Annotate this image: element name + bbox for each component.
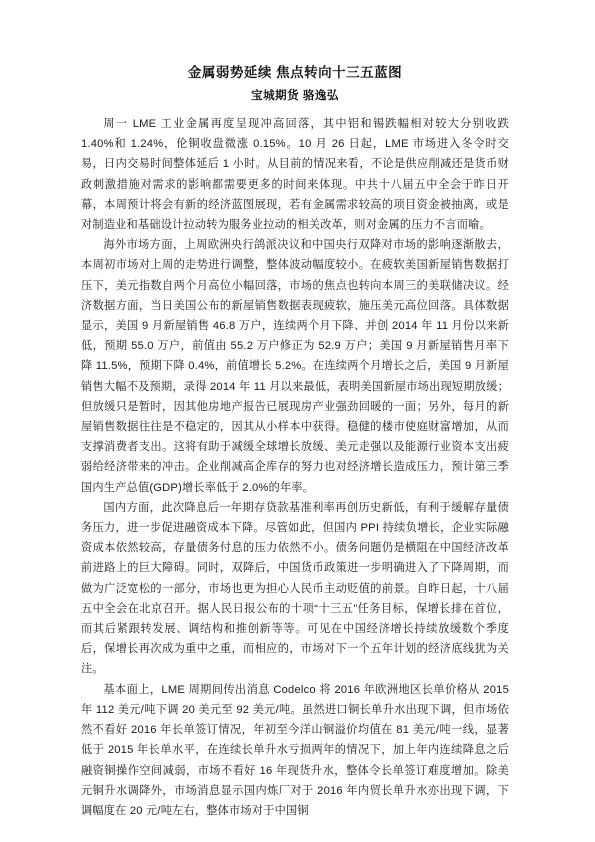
body-paragraph: 国内方面，此次降息后一年期存贷款基准利率再创历史新低，有利于缓解存量债务压力，进… xyxy=(81,498,509,680)
document-byline: 宝城期货 骆逸弘 xyxy=(81,89,509,104)
body-paragraph: 基本面上，LME 周期间传出消息 Codelco 将 2016 年欧洲地区长单价… xyxy=(81,680,509,821)
document-page: 金属弱势延续 焦点转向十三五蓝图 宝城期货 骆逸弘 周一 LME 工业金属再度呈… xyxy=(0,0,595,842)
document-title: 金属弱势延续 焦点转向十三五蓝图 xyxy=(81,64,509,82)
document-body: 周一 LME 工业金属再度呈现冲高回落，其中铝和锡跌幅相对较大分别收跌 1.40… xyxy=(81,114,509,821)
body-paragraph: 海外市场方面，上周欧洲央行鸽派决议和中国央行双降对市场的影响逐渐散去，本周初市场… xyxy=(81,235,509,498)
body-paragraph: 周一 LME 工业金属再度呈现冲高回落，其中铝和锡跌幅相对较大分别收跌 1.40… xyxy=(81,114,509,235)
